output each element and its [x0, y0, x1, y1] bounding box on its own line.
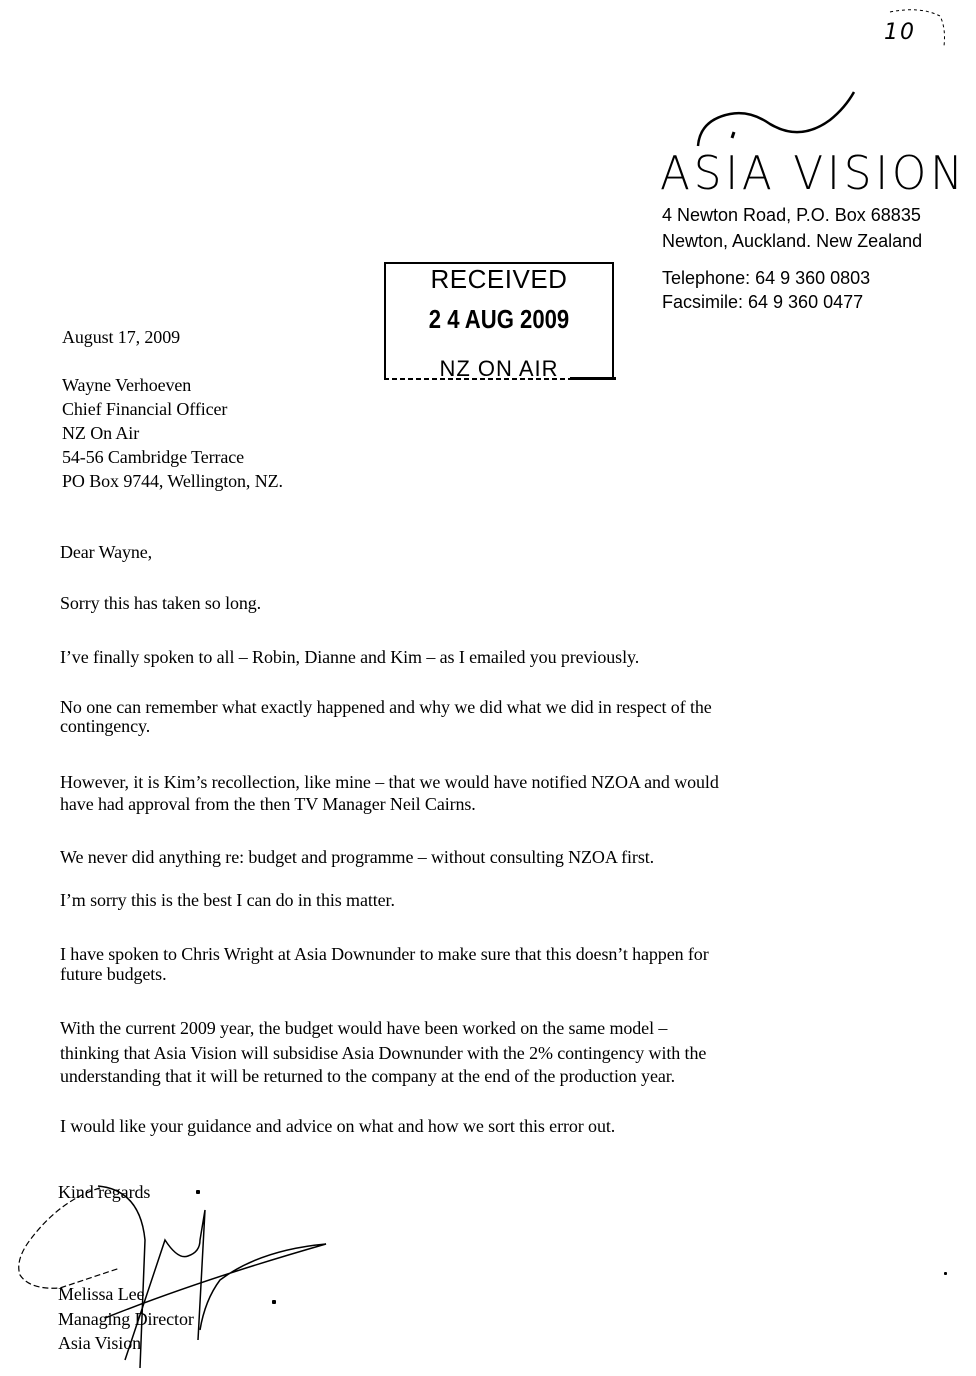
recipient-po-box: PO Box 9744, Wellington, NZ.	[62, 469, 283, 493]
recipient-organization: NZ On Air	[62, 421, 139, 445]
paragraph-5: We never did anything re: budget and pro…	[60, 845, 654, 869]
recipient-title: Chief Financial Officer	[62, 397, 227, 421]
scan-speck	[272, 1300, 276, 1304]
paragraph-4-line-2: have had approval from the then TV Manag…	[60, 792, 476, 816]
paragraph-6: I’m sorry this is the best I can do in t…	[60, 888, 395, 912]
paragraph-9: I would like your guidance and advice on…	[60, 1114, 615, 1138]
paragraph-1: Sorry this has taken so long.	[60, 591, 261, 615]
letterhead-address-line-2: Newton, Auckland. New Zealand	[662, 230, 922, 252]
letterhead-telephone: Telephone: 64 9 360 0803	[662, 267, 870, 289]
page-number-circle-mark	[880, 8, 960, 68]
stamp-date: 2 4 AUG 2009	[401, 304, 597, 335]
letter-date: August 17, 2009	[62, 325, 180, 349]
stamp-status: RECEIVED	[384, 264, 614, 295]
paragraph-8-line-2: thinking that Asia Vision will subsidise…	[60, 1041, 706, 1065]
salutation: Dear Wayne,	[60, 540, 152, 564]
paragraph-4-line-1: However, it is Kim’s recollection, like …	[60, 770, 719, 794]
signatory-title: Managing Director	[58, 1307, 194, 1331]
paragraph-8-line-3: understanding that it will be returned t…	[60, 1064, 675, 1088]
paragraph-3-line-2: contingency.	[60, 714, 150, 738]
stamp-organization: NZ ON AIR	[384, 356, 614, 382]
letterhead-address-line-1: 4 Newton Road, P.O. Box 68835	[662, 204, 921, 226]
scan-speck	[944, 1272, 947, 1275]
signatory-name: Melissa Lee	[58, 1282, 144, 1306]
scan-speck	[196, 1190, 200, 1194]
handwritten-signature	[0, 1160, 360, 1376]
closing: Kind regards	[58, 1180, 150, 1204]
recipient-street: 54-56 Cambridge Terrace	[62, 445, 244, 469]
paragraph-7-line-2: future budgets.	[60, 962, 166, 986]
letterhead-facsimile: Facsimile: 64 9 360 0477	[662, 291, 863, 313]
company-logo-text: ASIA VISION	[660, 146, 967, 200]
signatory-organization: Asia Vision	[58, 1331, 141, 1355]
recipient-name: Wayne Verhoeven	[62, 373, 191, 397]
paragraph-2: I’ve finally spoken to all – Robin, Dian…	[60, 645, 639, 669]
paragraph-8-line-1: With the current 2009 year, the budget w…	[60, 1016, 667, 1040]
paragraph-3-line-1: No one can remember what exactly happene…	[60, 695, 712, 719]
